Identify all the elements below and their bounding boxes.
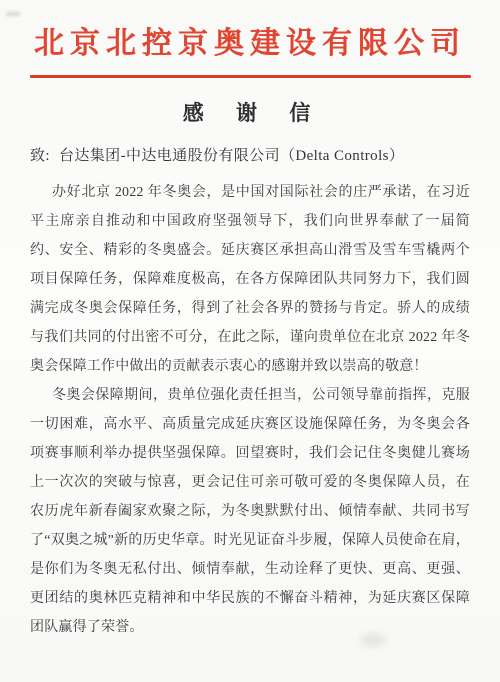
company-header: 北京北控京奥建设有限公司 bbox=[18, 26, 482, 62]
paragraph-2: 冬奥会保障期间，贵单位强化责任担当，公司领导靠前指挥，克服一切困难，高水平、高质… bbox=[30, 381, 470, 642]
letter-body: 办好北京 2022 年冬奥会，是中国对国际社会的庄严承诺，在习近平主席亲自推动和… bbox=[30, 178, 470, 642]
recipient-line: 致:台达集团-中达电通股份有限公司（Delta Controls） bbox=[30, 146, 470, 166]
letter-title: 感 谢 信 bbox=[0, 101, 500, 125]
recipient-label: 致: bbox=[30, 148, 50, 164]
recipient-name: 台达集团-中达电通股份有限公司（Delta Controls） bbox=[59, 148, 404, 164]
letter-page: 北京北控京奥建设有限公司 感 谢 信 致:台达集团-中达电通股份有限公司（Del… bbox=[0, 0, 500, 682]
paragraph-1: 办好北京 2022 年冬奥会，是中国对国际社会的庄严承诺，在习近平主席亲自推动和… bbox=[30, 178, 470, 381]
scan-smudge bbox=[6, 12, 20, 16]
header-divider-rule bbox=[30, 75, 471, 78]
